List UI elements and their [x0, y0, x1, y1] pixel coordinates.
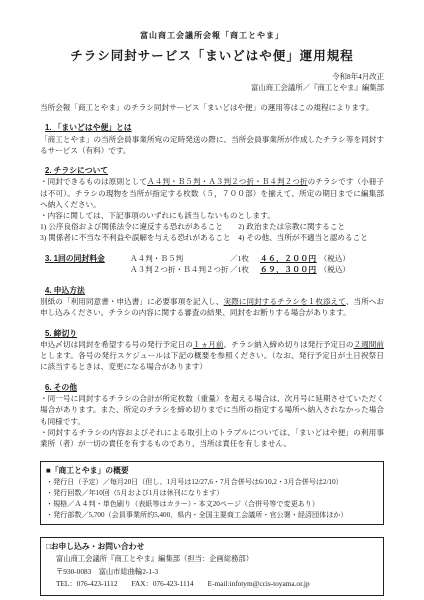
revision-date: 令和8年4月改正 [40, 71, 384, 82]
section-6-heading: 6. その他 [40, 382, 384, 394]
section-6-bullet-2: ・同封するチラシの内容およびそれによる取引上のトラブルについては、「まいどはや便… [40, 427, 384, 449]
section-4-heading: 4. 申込方法 [40, 285, 384, 297]
overview-line-publication-date: ・発行日（予定）／毎月20日（但し、1月号は12/27,6・7月合併号は6/10… [46, 477, 378, 488]
section-1-heading: 1. 「まいどはや便」とは [40, 122, 384, 134]
fee-unit: ／1枚 [230, 264, 254, 276]
fee-price: ６９，３００円 [260, 264, 317, 276]
contact-department: 富山商工会議所『商工とやま』編集部（担当：企画総務部） [46, 553, 378, 566]
document-organization: 富山商工会議所会報「商工とやま」 [40, 30, 384, 41]
overview-line-format: ・規格／Ａ４判・単色刷り（表紙等はカラー）・本文20ページ（合併号等で変更あり） [46, 499, 378, 510]
section-4-body-pre: 別紙の「利用同意書・申込書」に必要事項を記入し、 [40, 297, 224, 306]
section-moushikomi-houhou: 4. 申込方法 別紙の「利用同意書・申込書」に必要事項を記入し、実際に同封するチ… [40, 285, 384, 319]
section-2-items-line-1: 1) 公序良俗および関係法令に違反する恐れがあること 2) 政治または宗教に関す… [40, 221, 384, 232]
section-5-body-mid: 、チラシ納入締め切りは発行予定日の [224, 340, 354, 349]
contact-box-title: □お申し込み・お問い合わせ [46, 541, 378, 553]
fee-row-a3-b4: Ａ３判２つ折・Ｂ４判２つ折 ／1枚 ６９，３００円 （税込） [130, 264, 350, 276]
section-5-deadline-2: ２週間前 [354, 340, 385, 349]
section-2-bullet-1: ・同封できるものは原則としてＡ４判・Ｂ５判・Ａ３判２つ折・Ｂ４判２つ折のチラシで… [40, 176, 384, 210]
contact-tel-fax-email: TEL：076-423-1112FAX：076-423-1114E-mail:i… [46, 578, 378, 591]
contact-tel: TEL：076-423-1112 [56, 579, 117, 588]
section-fees: 3. 1回の同封料金 Ａ４判・Ｂ５判 ／1枚 ４６，２００円 （税込） Ａ３判２… [40, 253, 384, 276]
document-meta: 令和8年4月改正 富山商工会議所／『商工とやま』編集部 [40, 71, 384, 93]
fee-tax-note: （税込） [320, 264, 350, 276]
contact-box: □お申し込み・お問い合わせ 富山商工会議所『商工とやま』編集部（担当：企画総務部… [40, 537, 384, 596]
contact-fax: FAX：076-423-1114 [131, 579, 193, 588]
section-5-body-post: とします。各号の発行スケジュールは下記の概要を参照ください。（なお、発行予定日が… [40, 351, 384, 371]
section-2-bullet-1-pre: ・同封できるものは原則として [40, 177, 147, 186]
overview-box: ■「商工とやま」の概要 ・発行日（予定）／毎月20日（但し、1月号は12/27,… [40, 461, 384, 525]
section-shimekiri: 5. 締切り 申込〆切は同封を希望する号の発行予定日の１ヵ月前、チラシ納入締め切… [40, 328, 384, 373]
section-5-heading: 5. 締切り [40, 328, 384, 340]
section-2-items-line-2: 3) 関係者に不当な不利益や誤解を与える恐れがあること 4) その他、当所が不適… [40, 232, 384, 243]
section-4-body: 別紙の「利用同意書・申込書」に必要事項を記入し、実際に同封するチラシを１枚添えて… [40, 296, 384, 318]
fee-unit: ／1枚 [230, 253, 254, 265]
section-sonota: 6. その他 ・同一号に同封するチラシの合計が所定枚数（重量）を超える場合は、次… [40, 382, 384, 450]
document-title: チラシ同封サービス「まいどはや便」運用規程 [40, 46, 384, 64]
fee-table: Ａ４判・Ｂ５判 ／1枚 ４６，２００円 （税込） Ａ３判２つ折・Ｂ４判２つ折 ／… [130, 253, 350, 276]
fee-price: ４６，２００円 [260, 253, 317, 265]
section-5-body: 申込〆切は同封を希望する号の発行予定日の１ヵ月前、チラシ納入締め切りは発行予定日… [40, 339, 384, 373]
section-2-bullet-1-underlined: Ａ４判・Ｂ５判・Ａ３判２つ折・Ｂ４判２つ折 [147, 177, 308, 186]
fee-size: Ａ４判・Ｂ５判 [130, 253, 230, 265]
contact-email: E-mail:infotym@ccis-toyama.or.jp [208, 579, 310, 588]
section-4-body-underlined: 実際に同封するチラシを１枚添えて [224, 297, 346, 306]
section-5-deadline-1: １ヵ月前 [193, 340, 224, 349]
document-page: 富山商工会議所会報「商工とやま」 チラシ同封サービス「まいどはや便」運用規程 令… [0, 0, 424, 600]
overview-line-frequency: ・発行回数／年10回（5月および1月は休刊になります） [46, 488, 378, 499]
section-6-bullet-1: ・同一号に同封するチラシの合計が所定枚数（重量）を超える場合は、次月号に延期させ… [40, 393, 384, 427]
fee-row-a4-b5: Ａ４判・Ｂ５判 ／1枚 ４６，２００円 （税込） [130, 253, 350, 265]
section-maidohaya-toha: 1. 「まいどはや便」とは 「商工とやま」の当所会員事業所宛の定時発送の際に、当… [40, 122, 384, 156]
fee-tax-note: （税込） [320, 253, 350, 265]
contact-address: 〒930-0083 富山市総曲輪2-1-3 [46, 566, 378, 579]
fee-size: Ａ３判２つ折・Ｂ４判２つ折 [130, 264, 230, 276]
section-5-body-pre: 申込〆切は同封を希望する号の発行予定日の [40, 340, 193, 349]
section-2-heading: 2. チラシについて [40, 165, 384, 177]
section-chirashi-nitsuite: 2. チラシについて ・同封できるものは原則としてＡ４判・Ｂ５判・Ａ３判２つ折・… [40, 165, 384, 244]
intro-text: 当所会報「商工とやま」のチラシ同封サービス「まいどはや便」の運用等はこの規程によ… [40, 102, 384, 113]
section-3-heading: 3. 1回の同封料金 [40, 253, 130, 265]
overview-box-title: ■「商工とやま」の概要 [46, 465, 378, 477]
overview-line-circulation: ・発行部数／5,700（会員事業所約5,400、県内・全国主要商工会議所・官公署… [46, 510, 378, 521]
section-1-body: 「商工とやま」の当所会員事業所宛の定時発送の際に、当所会員事業所が作成したチラシ… [40, 134, 384, 156]
section-2-bullet-2: ・内容に関しては、下記事項のいずれにも該当しないものとします。 [40, 210, 384, 221]
publisher-line: 富山商工会議所／『商工とやま』編集部 [40, 82, 384, 93]
